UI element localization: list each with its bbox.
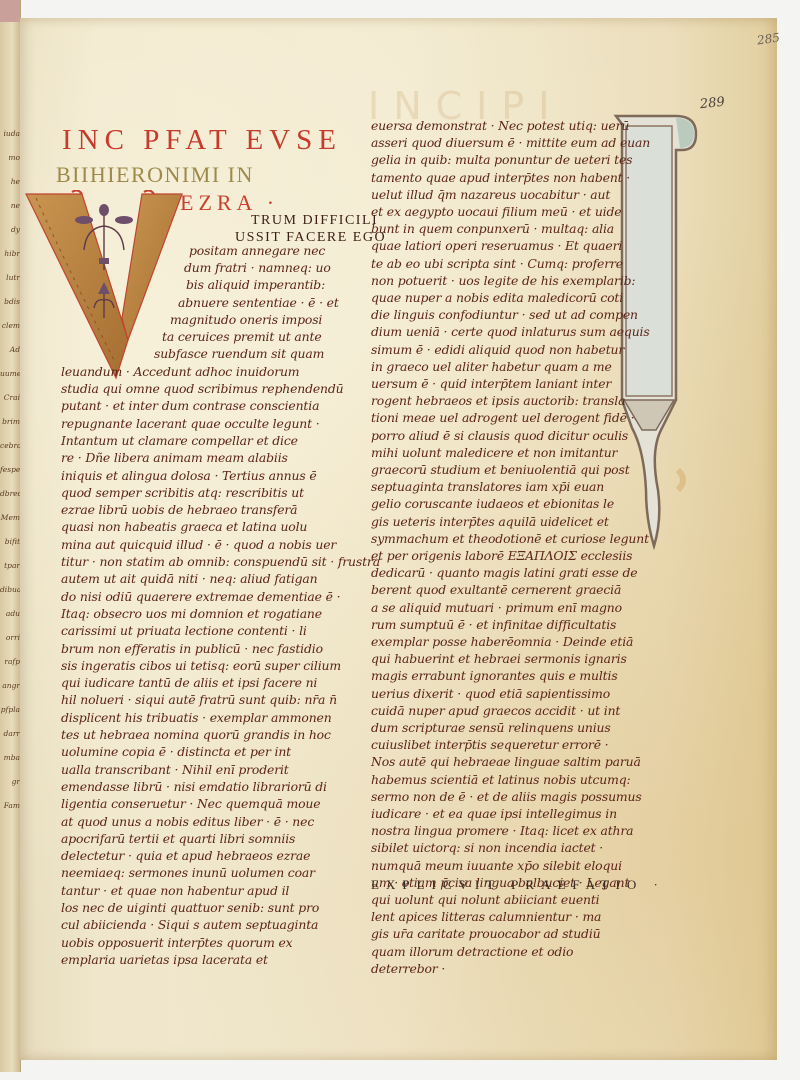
manuscript-line: TRUM DIFFICILI — [251, 214, 378, 228]
manuscript-line: dum scripturae sensū relinquens unius — [371, 722, 611, 734]
manuscript-line: Intantum ut clamare compellar et dice — [61, 435, 298, 447]
rubric-incipit: INC PFAT EVSE — [62, 126, 342, 155]
manuscript-line: dedicarū · quanto magis latini grati ess… — [371, 567, 637, 579]
previous-page-fragment: mo — [0, 154, 20, 162]
manuscript-line: quae nuper a nobis edita maledicorū coti — [371, 292, 623, 304]
manuscript-line: brum non efferatis in publicū · nec fast… — [61, 643, 323, 655]
manuscript-line: quasi non habeatis graeca et latina uolu — [61, 521, 307, 533]
manuscript-line: cul abiicienda · Siqui s autem septuagin… — [61, 919, 318, 931]
manuscript-line: bunt in quem conpunxerū · multaq: alia — [371, 223, 614, 235]
manuscript-line: mina aut quicquid illud · ē · quod a nob… — [61, 539, 336, 551]
rubric-book-title: EZRA · — [180, 192, 279, 214]
previous-page-fragment: Mem — [0, 514, 20, 522]
manuscript-line: cuiuslibet interp̄tis sequeretur errorē … — [371, 739, 608, 751]
manuscript-line: sermo non de ē · et de aliis magis possu… — [371, 791, 642, 803]
folio-number-old: 285 — [756, 30, 781, 47]
previous-page-fragment: pfpla — [0, 706, 20, 714]
manuscript-line: symmachum et theodotionē et curiose legu… — [371, 533, 649, 545]
manuscript-line: quod semper scribitis atq: rescribitis u… — [61, 487, 304, 499]
rubric-author: BIIHIERONIMI IN — [56, 164, 254, 186]
manuscript-line: cuidā nuper apud graecos accidit · ut in… — [371, 705, 620, 717]
manuscript-line: asseri quod diuersum ē · mittite eum ad … — [371, 137, 650, 149]
manuscript-line: ligentia conseruetur · Nec quemquā moue — [61, 798, 320, 810]
manuscript-line: habemus scientiā et latinus nobis utcumq… — [371, 774, 631, 786]
manuscript-line: dum fratri · namneq: uo — [184, 262, 331, 274]
previous-page-fragment: Ad — [0, 346, 20, 354]
manuscript-line: nostra lingua promere · Itaq: licet ex a… — [371, 825, 633, 837]
previous-page-fragment: mba — [0, 754, 20, 762]
previous-page-top-stain — [0, 0, 20, 22]
manuscript-line: at quod unus a nobis editus liber · ē · … — [61, 816, 314, 828]
manuscript-line: iniquis et alingua dolosa · Tertius annu… — [61, 470, 317, 482]
manuscript-line: euersa demonstrat · Nec potest utiq: uer… — [371, 120, 629, 132]
manuscript-line: graecorū studium et beniuolentiā qui pos… — [371, 464, 630, 476]
manuscript-line: uerius dixerit · quod etiā sapientissimo — [371, 688, 610, 700]
previous-page-fragment: dibua — [0, 586, 20, 594]
manuscript-line: tes ut hebraea nomina quorū grandis in h… — [61, 729, 331, 741]
manuscript-line: subfasce ruendum sit quam — [154, 348, 324, 360]
manuscript-line: hil nolueri · siqui autē fratrū sunt qui… — [61, 694, 337, 706]
manuscript-line: re · Dñe libera animam meam alabiis — [61, 452, 288, 464]
manuscript-line: a se aliquid mutuari · primum enī magno — [371, 602, 622, 614]
manuscript-line: berent quod exultantē cernerent graeciā — [371, 584, 621, 596]
manuscript-line: displicent his tribuatis · exemplar ammo… — [61, 712, 332, 724]
manuscript-line: gelio coruscante iudaeos et ebionitas le — [371, 498, 614, 510]
previous-page-fragment: lutr — [0, 274, 20, 282]
manuscript-line: autem ut ait quidā niti · neq: aliud fat… — [61, 573, 318, 585]
previous-page-fragment: gr — [0, 778, 20, 786]
folio-number-new: 289 — [699, 95, 725, 113]
manuscript-line: rum sumptuū ē · et infinitae difficultat… — [371, 619, 616, 631]
manuscript-line: gis ur̄a caritate prouocabor ad studiū — [371, 928, 601, 940]
manuscript-line: uobis opposuerit interp̄tes quorum ex — [61, 937, 293, 949]
previous-page-fragment: hibr — [0, 250, 20, 258]
manuscript-line: ezrae librū uobis de hebraeo transferā — [61, 504, 297, 516]
manuscript-line: uolumine copia ē · distincta et per int — [61, 746, 291, 758]
previous-page-fragment: cebras — [0, 442, 20, 450]
manuscript-line: die linguis confodiuntur · sed ut ad com… — [371, 309, 638, 321]
manuscript-line: tamento quae apud interp̄tes non habent … — [371, 172, 630, 184]
manuscript-line: tantur · et quae non habentur apud il — [61, 885, 289, 897]
previous-page-fragment: iuda — [0, 130, 20, 138]
manuscript-line: Nos autē qui hebraeae linguae saltim par… — [371, 756, 641, 768]
manuscript-line: et per origenis laborē ΕΞΑΠΛΟΙΣ ecclesii… — [371, 550, 632, 562]
previous-page-fragment: uume — [0, 370, 20, 378]
manuscript-line: sibilet uictorq: si non incendia iactet … — [371, 842, 603, 854]
manuscript-line: dium ueniā · certe quod inlaturus sum ae… — [371, 326, 650, 338]
previous-page-fragment: brim — [0, 418, 20, 426]
manuscript-line: te ab eo ubi scripta sint · Cumq: profer… — [371, 258, 623, 270]
manuscript-line: putant · et inter dum contrase conscient… — [61, 400, 319, 412]
previous-page-fragment: angr — [0, 682, 20, 690]
previous-page-fragment: bdis — [0, 298, 20, 306]
manuscript-line: los nec de uiginti quattuor senib: sunt … — [61, 902, 319, 914]
previous-page-edge: iudamohenedyhibrlutrbdisclemAduumeCraibr… — [0, 0, 21, 1072]
previous-page-fragment: dbred — [0, 490, 20, 498]
manuscript-line: tioni meae uel adrogent uel derogent fid… — [371, 412, 634, 424]
previous-page-fragment: clem — [0, 322, 20, 330]
manuscript-line: magis errabunt ignorantes quis e multis — [371, 670, 618, 682]
previous-page-fragment: adu — [0, 610, 20, 618]
manuscript-line: mihi uolunt maledicere et non imitantur — [371, 447, 617, 459]
manuscript-line: rogent hebraeos et ipsis auctorib: trans… — [371, 395, 625, 407]
manuscript-line: non potuerit · uos legite de his exempla… — [371, 275, 635, 287]
manuscript-line: qui iudicare tantū de aliis et ipsi face… — [61, 677, 317, 689]
manuscript-line: magnitudo oneris imposi — [170, 314, 322, 326]
manuscript-line: titur · non statim ab omnib: conspuendū … — [61, 556, 380, 568]
manuscript-line: uersum ē · quid interp̄tem laniant inter — [371, 378, 611, 390]
manuscript-line: carissimi ut priuata lectione contenti ·… — [61, 625, 307, 637]
previous-page-fragment: Fam — [0, 802, 20, 810]
manuscript-line: et ex aegypto uocaui filium meū · et uid… — [371, 206, 621, 218]
manuscript-line: ta ceruices premit ut ante — [162, 331, 322, 343]
previous-page-fragment: ne — [0, 202, 20, 210]
manuscript-line: exemplar posse haberēomnia · Deinde etiā — [371, 636, 633, 648]
manuscript-line: quae latiori operi reseruamus · Et quaer… — [371, 240, 622, 252]
manuscript-line: delectetur · quia et apud hebraeos ezrae — [61, 850, 310, 862]
manuscript-line: positam annegare nec — [189, 245, 325, 257]
manuscript-line: lent apices litteras calumnientur · ma — [371, 911, 601, 923]
explicit-rubric: EXPLICVIT PRAEFATIO · — [371, 877, 665, 893]
manuscript-line: repugnante lacerant quae occulte legunt … — [61, 418, 320, 430]
manuscript-line: bis aliquid imperantib: — [186, 279, 325, 291]
manuscript-line: leuandum · Accedunt adhoc inuidorum — [61, 366, 299, 378]
manuscript-line: deterrebor · — [371, 963, 445, 975]
previous-page-fragment: Crai — [0, 394, 20, 402]
previous-page-fragment: he — [0, 178, 20, 186]
manuscript-line: emplaria uarietas ipsa lacerata et — [61, 954, 268, 966]
previous-page-fragment: bifit — [0, 538, 20, 546]
manuscript-line: ualla transcribant · Nihil enī proderit — [61, 764, 289, 776]
manuscript-line: in graeco uel aliter habetur quam a me — [371, 361, 612, 373]
manuscript-line: quam illorum detractione et odio — [371, 946, 573, 958]
manuscript-line: qui uolunt qui nolunt abiiciant euenti — [371, 894, 600, 906]
manuscript-line: iudicare · et ea quae ipsi intellegimus … — [371, 808, 617, 820]
manuscript-line: septuaginta translatores iam xp̄i euan — [371, 481, 604, 493]
manuscript-line: sis ingeratis cibos ui tetisq: eorū supe… — [61, 660, 341, 672]
manuscript-line: simum ē · edidi aliquid quod non habetur — [371, 344, 624, 356]
previous-page-fragment: orri — [0, 634, 20, 642]
manuscript-line: do nisi odiū quaerere extremae dementiae… — [61, 591, 340, 603]
manuscript-line: gis ueteris interp̄tes aquilā uidelicet … — [371, 516, 609, 528]
manuscript-line: emendasse librū · nisi emdatio librarior… — [61, 781, 327, 793]
manuscript-line: apocrifarū tertii et quarti libri somnii… — [61, 833, 295, 845]
manuscript-line: uelut illud q̄m nazareus uocabitur · aut — [371, 189, 610, 201]
previous-page-fragment: dy — [0, 226, 20, 234]
manuscript-line: Itaq: obsecro uos mi domnion et rogatian… — [61, 608, 322, 620]
manuscript-line: neemiaeq: sermones inunū uolumen coar — [61, 867, 315, 879]
manuscript-line: numquā meum iuuante xp̄o silebit eloqui — [371, 860, 622, 872]
manuscript-line: qui habuerint et hebraei sermonis ignari… — [371, 653, 627, 665]
previous-page-fragment: tpar — [0, 562, 20, 570]
manuscript-line: gelia in quib: multa ponuntur de ueteri … — [371, 154, 632, 166]
manuscript-line: porro aliud ē si clausis quod dicitur oc… — [371, 430, 628, 442]
manuscript-line: abnuere sententiae · ē · et — [178, 297, 339, 309]
manuscript-line: studia qui omne quod scribimus rephenden… — [61, 383, 344, 395]
previous-page-fragment: rafp — [0, 658, 20, 666]
previous-page-fragment: darr — [0, 730, 20, 738]
previous-page-fragment: fesper — [0, 466, 20, 474]
